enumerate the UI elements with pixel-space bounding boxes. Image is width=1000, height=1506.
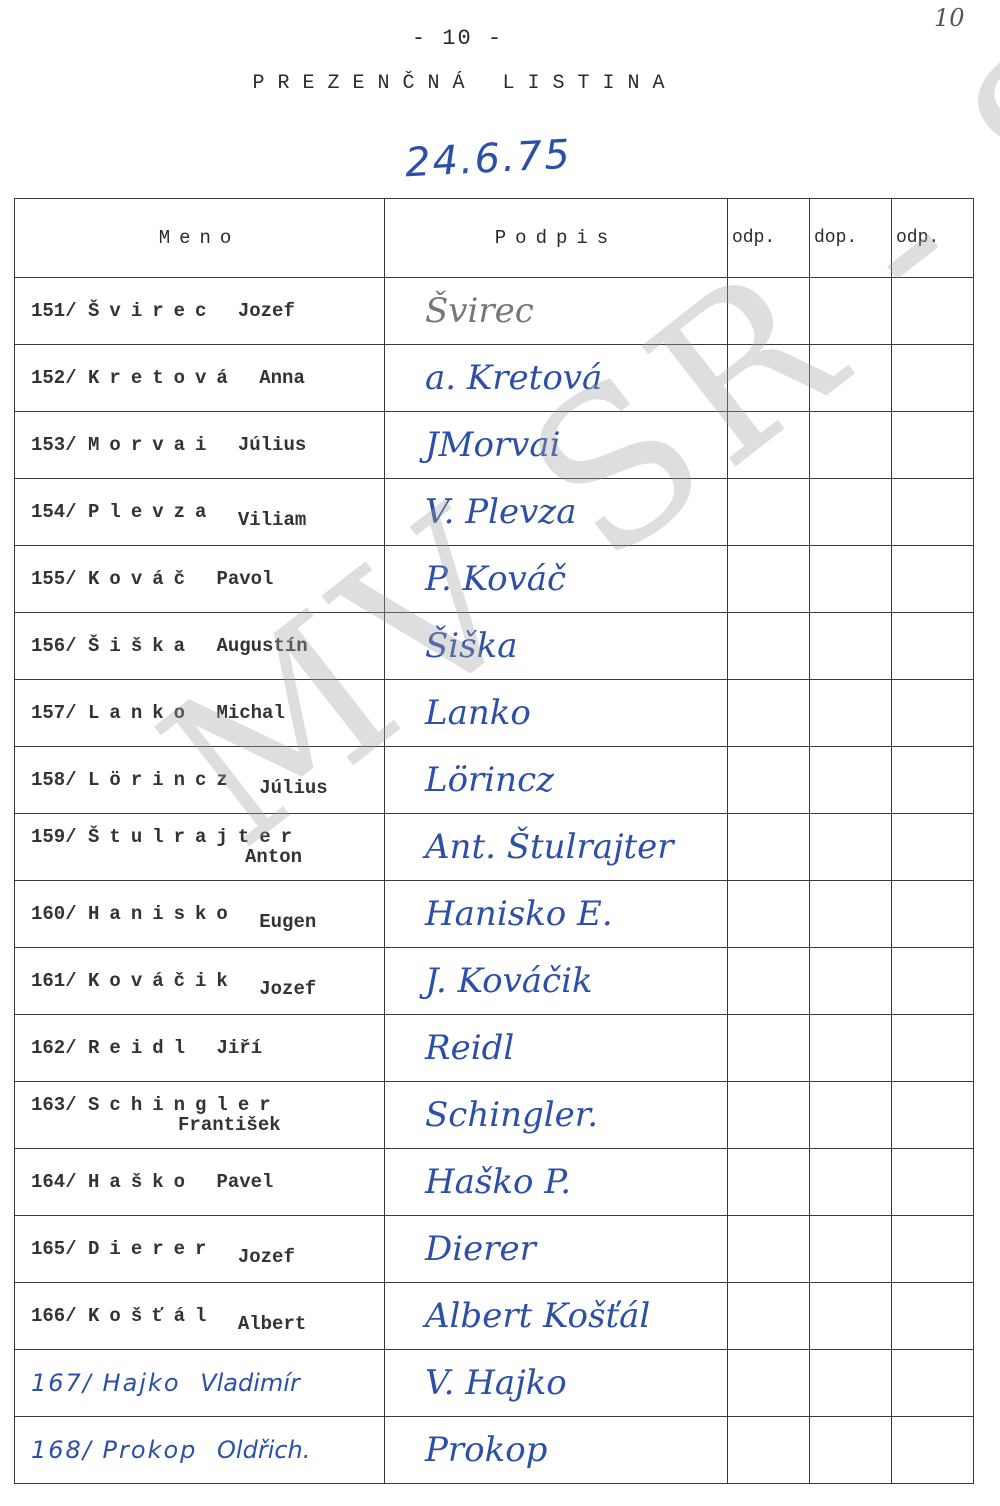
signature: P. Kováč — [385, 546, 728, 613]
table-row: 163/ Schingler FrantišekSchingler. — [15, 1082, 974, 1149]
dop-cell — [810, 814, 892, 881]
row-number: 158/ — [31, 769, 77, 791]
attendee-name-handwritten: 167/ Hajko Vladimír — [15, 1350, 385, 1417]
row-number: 156/ — [31, 635, 77, 657]
surname: Schingler — [88, 1094, 281, 1116]
attendee-name: 155/ Kováč Pavol — [15, 546, 385, 613]
signature: Ant. Štulrajter — [385, 814, 728, 881]
table-row: 160/ Hanisko EugenHanisko E. — [15, 881, 974, 948]
attendee-name: 157/ Lanko Michal — [15, 680, 385, 747]
odp-cell — [892, 680, 974, 747]
surname: Šiška — [88, 635, 195, 657]
surname: Švirec — [88, 300, 216, 322]
odp-cell — [728, 479, 810, 546]
table-row: 167/ Hajko VladimírV. Hajko — [15, 1350, 974, 1417]
row-number: 167/ — [31, 1369, 93, 1397]
first-name: Anton — [88, 846, 302, 868]
odp-cell — [892, 278, 974, 345]
row-number: 168/ — [31, 1436, 93, 1464]
signature: Lörincz — [385, 747, 728, 814]
document-title: PREZENČNÁ LISTINA — [0, 72, 930, 95]
attendee-name: 165/ Dierer Jozef — [15, 1216, 385, 1283]
row-number: 152/ — [31, 367, 77, 389]
header-name: Meno — [15, 199, 385, 278]
row-number: 166/ — [31, 1305, 77, 1327]
header-odp-2: odp. — [892, 199, 974, 278]
odp-cell — [728, 881, 810, 948]
first-name: Anna — [259, 367, 305, 389]
odp-cell — [892, 814, 974, 881]
dop-cell — [810, 1350, 892, 1417]
signature: Dierer — [385, 1216, 728, 1283]
attendee-name: 166/ Košťál Albert — [15, 1283, 385, 1350]
odp-cell — [728, 546, 810, 613]
row-number: 157/ — [31, 702, 77, 724]
first-name: Pavel — [216, 1171, 273, 1193]
odp-cell — [892, 881, 974, 948]
odp-cell — [728, 278, 810, 345]
table-row: 155/ Kováč PavolP. Kováč — [15, 546, 974, 613]
attendee-name: 154/ Plevza Viliam — [15, 479, 385, 546]
row-number: 161/ — [31, 970, 77, 992]
dop-cell — [810, 1417, 892, 1484]
odp-cell — [728, 814, 810, 881]
surname: Lörincz — [88, 769, 238, 791]
row-number: 153/ — [31, 434, 77, 456]
odp-cell — [728, 412, 810, 479]
signature: Prokop — [385, 1417, 728, 1484]
signature: V. Plevza — [385, 479, 728, 546]
dop-cell — [810, 1149, 892, 1216]
table-row: 158/ Lörincz JúliusLörincz — [15, 747, 974, 814]
signature: Švirec — [385, 278, 728, 345]
row-number: 155/ — [31, 568, 77, 590]
attendee-name: 160/ Hanisko Eugen — [15, 881, 385, 948]
table-row: 153/ Morvai JúliusJMorvai — [15, 412, 974, 479]
surname: Štulrajter — [88, 826, 302, 848]
surname: Kováč — [88, 568, 195, 590]
surname: Haško — [88, 1171, 195, 1193]
table-row: 164/ Haško PavelHaško P. — [15, 1149, 974, 1216]
table-row: 154/ Plevza ViliamV. Plevza — [15, 479, 974, 546]
attendee-name: 153/ Morvai Július — [15, 412, 385, 479]
surname: Košťál — [88, 1305, 216, 1327]
first-name: Michal — [216, 702, 284, 724]
odp-cell — [892, 1149, 974, 1216]
first-name: Július — [238, 434, 306, 456]
surname: Hanisko — [88, 903, 238, 925]
table-row: 151/ Švirec JozefŠvirec — [15, 278, 974, 345]
odp-cell — [728, 1417, 810, 1484]
odp-cell — [892, 1350, 974, 1417]
odp-cell — [892, 345, 974, 412]
first-name: Oldřich. — [217, 1436, 310, 1464]
odp-cell — [892, 546, 974, 613]
table-header-row: Meno Podpis odp. dop. odp. — [15, 199, 974, 278]
row-number: 160/ — [31, 903, 77, 925]
table-row: 152/ Kretová Annaa. Kretová — [15, 345, 974, 412]
attendance-rows: 151/ Švirec JozefŠvirec 152/ Kretová Ann… — [15, 278, 974, 1484]
table-row: 162/ Reidl JiříReidl — [15, 1015, 974, 1082]
handwritten-date: 24.6.75 — [404, 132, 573, 187]
archive-folio-number: 10 — [934, 4, 965, 32]
dop-cell — [810, 1283, 892, 1350]
signature: Schingler. — [385, 1082, 728, 1149]
first-name: Jozef — [259, 978, 316, 1000]
first-name: Jozef — [238, 300, 295, 322]
signature: Hanisko E. — [385, 881, 728, 948]
dop-cell — [810, 412, 892, 479]
odp-cell — [728, 1216, 810, 1283]
table-row: 161/ Kováčik JozefJ. Kováčik — [15, 948, 974, 1015]
signature: J. Kováčik — [385, 948, 728, 1015]
surname: Lanko — [88, 702, 195, 724]
row-number: 154/ — [31, 501, 77, 523]
signature: JMorvai — [385, 412, 728, 479]
surname: Kretová — [88, 367, 238, 389]
dop-cell — [810, 1216, 892, 1283]
dop-cell — [810, 680, 892, 747]
odp-cell — [892, 747, 974, 814]
attendance-table: Meno Podpis odp. dop. odp. 151/ Švirec J… — [14, 198, 974, 1484]
odp-cell — [728, 1350, 810, 1417]
odp-cell — [728, 1149, 810, 1216]
odp-cell — [892, 479, 974, 546]
odp-cell — [892, 1283, 974, 1350]
table-row: 168/ Prokop Oldřich.Prokop — [15, 1417, 974, 1484]
row-number: 165/ — [31, 1238, 77, 1260]
odp-cell — [728, 345, 810, 412]
attendee-name: 152/ Kretová Anna — [15, 345, 385, 412]
header-odp-1: odp. — [728, 199, 810, 278]
dop-cell — [810, 747, 892, 814]
surname: Kováčik — [88, 970, 238, 992]
row-number: 163/ — [31, 1094, 77, 1116]
first-name: Eugen — [259, 911, 316, 933]
signature: Šiška — [385, 613, 728, 680]
surname: Hajko — [103, 1369, 181, 1397]
surname: Plevza — [88, 501, 216, 523]
odp-cell — [892, 948, 974, 1015]
table-row: 157/ Lanko MichalLanko — [15, 680, 974, 747]
odp-cell — [728, 613, 810, 680]
page-number: - 10 - — [0, 26, 915, 51]
attendee-name: 163/ Schingler František — [15, 1082, 385, 1149]
row-number: 159/ — [31, 826, 77, 848]
header-dop: dop. — [810, 199, 892, 278]
dop-cell — [810, 546, 892, 613]
first-name: Albert — [238, 1313, 306, 1335]
dop-cell — [810, 948, 892, 1015]
odp-cell — [728, 747, 810, 814]
signature: Albert Košťál — [385, 1283, 728, 1350]
signature: Haško P. — [385, 1149, 728, 1216]
table-row: 156/ Šiška AugustínŠiška — [15, 613, 974, 680]
odp-cell — [892, 613, 974, 680]
table-row: 165/ Dierer JozefDierer — [15, 1216, 974, 1283]
row-number: 151/ — [31, 300, 77, 322]
attendee-name: 164/ Haško Pavel — [15, 1149, 385, 1216]
odp-cell — [892, 1216, 974, 1283]
header-signature: Podpis — [385, 199, 728, 278]
dop-cell — [810, 1015, 892, 1082]
odp-cell — [892, 1082, 974, 1149]
surname: Reidl — [88, 1037, 195, 1059]
signature: Reidl — [385, 1015, 728, 1082]
row-number: 164/ — [31, 1171, 77, 1193]
odp-cell — [728, 948, 810, 1015]
signature: a. Kretová — [385, 345, 728, 412]
surname: Prokop — [103, 1436, 198, 1464]
dop-cell — [810, 881, 892, 948]
attendee-name: 151/ Švirec Jozef — [15, 278, 385, 345]
attendee-name: 161/ Kováčik Jozef — [15, 948, 385, 1015]
row-number: 162/ — [31, 1037, 77, 1059]
signature: V. Hajko — [385, 1350, 728, 1417]
dop-cell — [810, 479, 892, 546]
dop-cell — [810, 345, 892, 412]
odp-cell — [728, 1283, 810, 1350]
first-name: Vladimír — [200, 1369, 300, 1397]
attendee-name: 158/ Lörincz Július — [15, 747, 385, 814]
odp-cell — [728, 1082, 810, 1149]
odp-cell — [728, 1015, 810, 1082]
odp-cell — [728, 680, 810, 747]
attendee-name-handwritten: 168/ Prokop Oldřich. — [15, 1417, 385, 1484]
attendee-name: 159/ Štulrajter Anton — [15, 814, 385, 881]
first-name: Augustín — [216, 635, 307, 657]
table-row: 166/ Košťál AlbertAlbert Košťál — [15, 1283, 974, 1350]
table-row: 159/ Štulrajter AntonAnt. Štulrajter — [15, 814, 974, 881]
first-name: Július — [259, 777, 327, 799]
attendee-name: 156/ Šiška Augustín — [15, 613, 385, 680]
first-name: Pavol — [216, 568, 273, 590]
first-name: Jozef — [238, 1246, 295, 1268]
odp-cell — [892, 1417, 974, 1484]
first-name: Viliam — [238, 509, 306, 531]
signature: Lanko — [385, 680, 728, 747]
surname: Dierer — [88, 1238, 216, 1260]
odp-cell — [892, 412, 974, 479]
dop-cell — [810, 1082, 892, 1149]
dop-cell — [810, 613, 892, 680]
surname: Morvai — [88, 434, 216, 456]
odp-cell — [892, 1015, 974, 1082]
first-name: Jiří — [216, 1037, 262, 1059]
attendee-name: 162/ Reidl Jiří — [15, 1015, 385, 1082]
first-name: František — [88, 1114, 281, 1136]
dop-cell — [810, 278, 892, 345]
